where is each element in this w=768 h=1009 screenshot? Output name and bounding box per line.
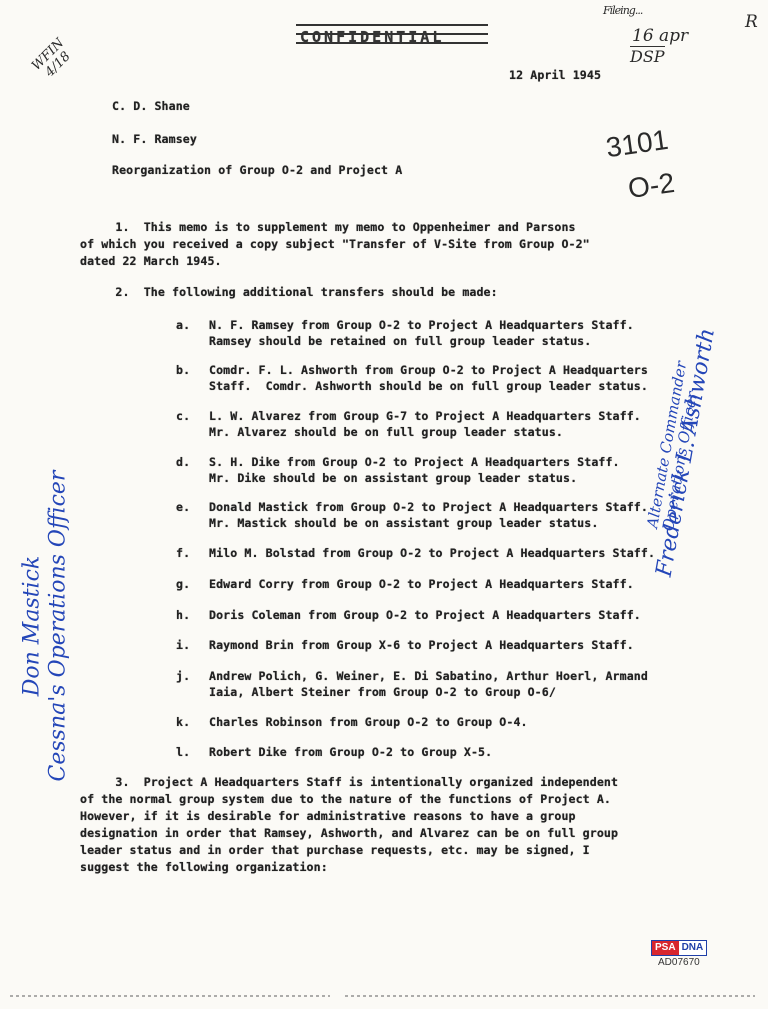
page-edge-line <box>10 995 330 997</box>
paragraph-3-line: of the normal group system due to the na… <box>80 792 611 806</box>
memo-from: N. F. Ramsey <box>112 132 197 146</box>
transfer-letter: k. <box>176 715 190 729</box>
dna-logo-text: DNA <box>679 941 707 955</box>
transfer-line: Milo M. Bolstad from Group O-2 to Projec… <box>209 546 655 560</box>
psa-dna-logo: PSA DNA <box>651 940 707 956</box>
left-margin-note: Don Mastick Cessna's Operations Officer <box>19 471 71 782</box>
file-group: O-2 <box>626 167 677 205</box>
transfer-letter: i. <box>176 638 190 652</box>
transfer-line: Iaia, Albert Steiner from Group O-2 to G… <box>209 685 556 699</box>
transfer-letter: h. <box>176 608 190 622</box>
paragraph-3-line: leader status and in order that purchase… <box>80 843 590 857</box>
transfer-letter: a. <box>176 318 190 332</box>
transfer-letter: l. <box>176 745 190 759</box>
transfer-letter: j. <box>176 669 190 683</box>
page-edge-line <box>345 995 755 997</box>
paragraph-1-line: dated 22 March 1945. <box>80 254 222 268</box>
transfer-line: N. F. Ramsey from Group O-2 to Project A… <box>209 318 634 332</box>
transfer-letter: g. <box>176 577 190 591</box>
paragraph-2-intro: 2. The following additional transfers sh… <box>80 285 498 299</box>
strikethrough-line <box>296 33 488 35</box>
transfer-letter: f. <box>176 546 190 560</box>
handwritten-scribble: Fileing... <box>603 4 642 17</box>
memo-page: CONFIDENTIAL 12 April 1945 C. D. Shane N… <box>0 0 768 1009</box>
memo-to: C. D. Shane <box>112 99 190 113</box>
paragraph-1-line: 1. This memo is to supplement my memo to… <box>80 220 576 234</box>
paragraph-1-line: of which you received a copy subject "Tr… <box>80 237 590 251</box>
transfer-line: Robert Dike from Group O-2 to Group X-5. <box>209 745 492 759</box>
handwritten-date: 16 apr <box>632 26 688 46</box>
transfer-letter: b. <box>176 363 190 377</box>
transfer-letter: d. <box>176 455 190 469</box>
transfer-line: Andrew Polich, G. Weiner, E. Di Sabatino… <box>209 669 648 683</box>
transfer-line: Mr. Alvarez should be on full group lead… <box>209 425 563 439</box>
transfer-line: Comdr. F. L. Ashworth from Group O-2 to … <box>209 363 648 377</box>
strikethrough-line <box>296 24 488 26</box>
memo-subject: Reorganization of Group O-2 and Project … <box>112 163 402 177</box>
transfer-line: Raymond Brin from Group X-6 to Project A… <box>209 638 634 652</box>
file-number: 3101 <box>604 124 670 164</box>
transfer-line: L. W. Alvarez from Group G-7 to Project … <box>209 409 641 423</box>
strikethrough-line <box>296 42 488 44</box>
handwritten-initials: DSP <box>630 46 665 66</box>
transfer-letter: e. <box>176 500 190 514</box>
transfer-line: Ramsey should be retained on full group … <box>209 334 591 348</box>
transfer-line: Mr. Mastick should be on assistant group… <box>209 516 598 530</box>
handwritten-mark: R <box>745 12 758 32</box>
transfer-line: Mr. Dike should be on assistant group le… <box>209 471 577 485</box>
paragraph-3-line: suggest the following organization: <box>80 860 328 874</box>
transfer-line: Staff. Comdr. Ashworth should be on full… <box>209 379 648 393</box>
transfer-line: Edward Corry from Group O-2 to Project A… <box>209 577 634 591</box>
transfer-line: S. H. Dike from Group O-2 to Project A H… <box>209 455 620 469</box>
transfer-line: Doris Coleman from Group O-2 to Project … <box>209 608 641 622</box>
certificate-number: AD07670 <box>658 957 700 968</box>
paragraph-3-line: 3. Project A Headquarters Staff is inten… <box>80 775 618 789</box>
memo-date: 12 April 1945 <box>509 68 601 82</box>
transfer-line: Charles Robinson from Group O-2 to Group… <box>209 715 528 729</box>
paragraph-3-line: designation in order that Ramsey, Ashwor… <box>80 826 618 840</box>
transfer-letter: c. <box>176 409 190 423</box>
handwritten-initials-top-left: WFIN 4/18 <box>30 36 77 83</box>
transfer-line: Donald Mastick from Group O-2 to Project… <box>209 500 648 514</box>
psa-logo-text: PSA <box>652 941 679 955</box>
paragraph-3-line: However, if it is desirable for administ… <box>80 809 576 823</box>
